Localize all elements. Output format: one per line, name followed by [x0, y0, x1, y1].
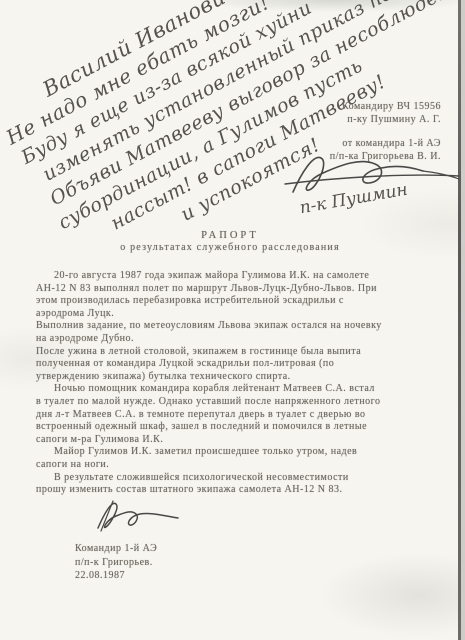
signature-block: Командир 1-й АЭ п/п-к Григорьев. 22.08.1… — [75, 542, 157, 583]
paragraph: После ужина в летной столовой, экипажем … — [36, 346, 458, 384]
grigoriev-signature-scribble — [86, 494, 186, 536]
paragraph: 20-го августа 1987 года экипаж майора Гу… — [36, 270, 458, 320]
paragraph: В результате сложившейся психологической… — [36, 472, 458, 497]
addressee-line: п-ку Пушмину А. Г. — [342, 113, 441, 126]
paragraph: Выполнив задание, по метеоусловиям Львов… — [36, 320, 458, 345]
addressee-line: Командиру ВЧ 15956 — [342, 100, 441, 113]
scan-edge-outer — [461, 0, 465, 640]
addressee-block: Командиру ВЧ 15956 п-ку Пушмину А. Г. — [342, 100, 441, 126]
report-body: 20-го августа 1987 года экипаж майора Гу… — [36, 270, 458, 497]
signature-date: 22.08.1987 — [75, 569, 157, 583]
scanned-report-document: Василий Иванович! Не надо мне ебать мозг… — [0, 0, 465, 640]
title-block: РАПОРТ о результатах служебного расследо… — [30, 230, 430, 253]
sender-line: от командира 1-й АЭ — [330, 137, 441, 150]
paragraph: Майор Гулимов И.К. заметил происшедшее т… — [36, 446, 458, 471]
scan-edge-shadow — [458, 0, 461, 640]
sender-line: п/п-ка Григорьева В. И. — [330, 150, 441, 163]
signature-line: п/п-к Григорьев. — [75, 556, 157, 570]
paragraph: Ночью помощник командира корабля лейтена… — [36, 383, 458, 446]
report-subtitle: о результатах служебного расследования — [30, 242, 430, 253]
report-title: РАПОРТ — [30, 230, 430, 241]
signature-line: Командир 1-й АЭ — [75, 542, 157, 556]
sender-block: от командира 1-й АЭ п/п-ка Григорьева В.… — [330, 137, 441, 163]
